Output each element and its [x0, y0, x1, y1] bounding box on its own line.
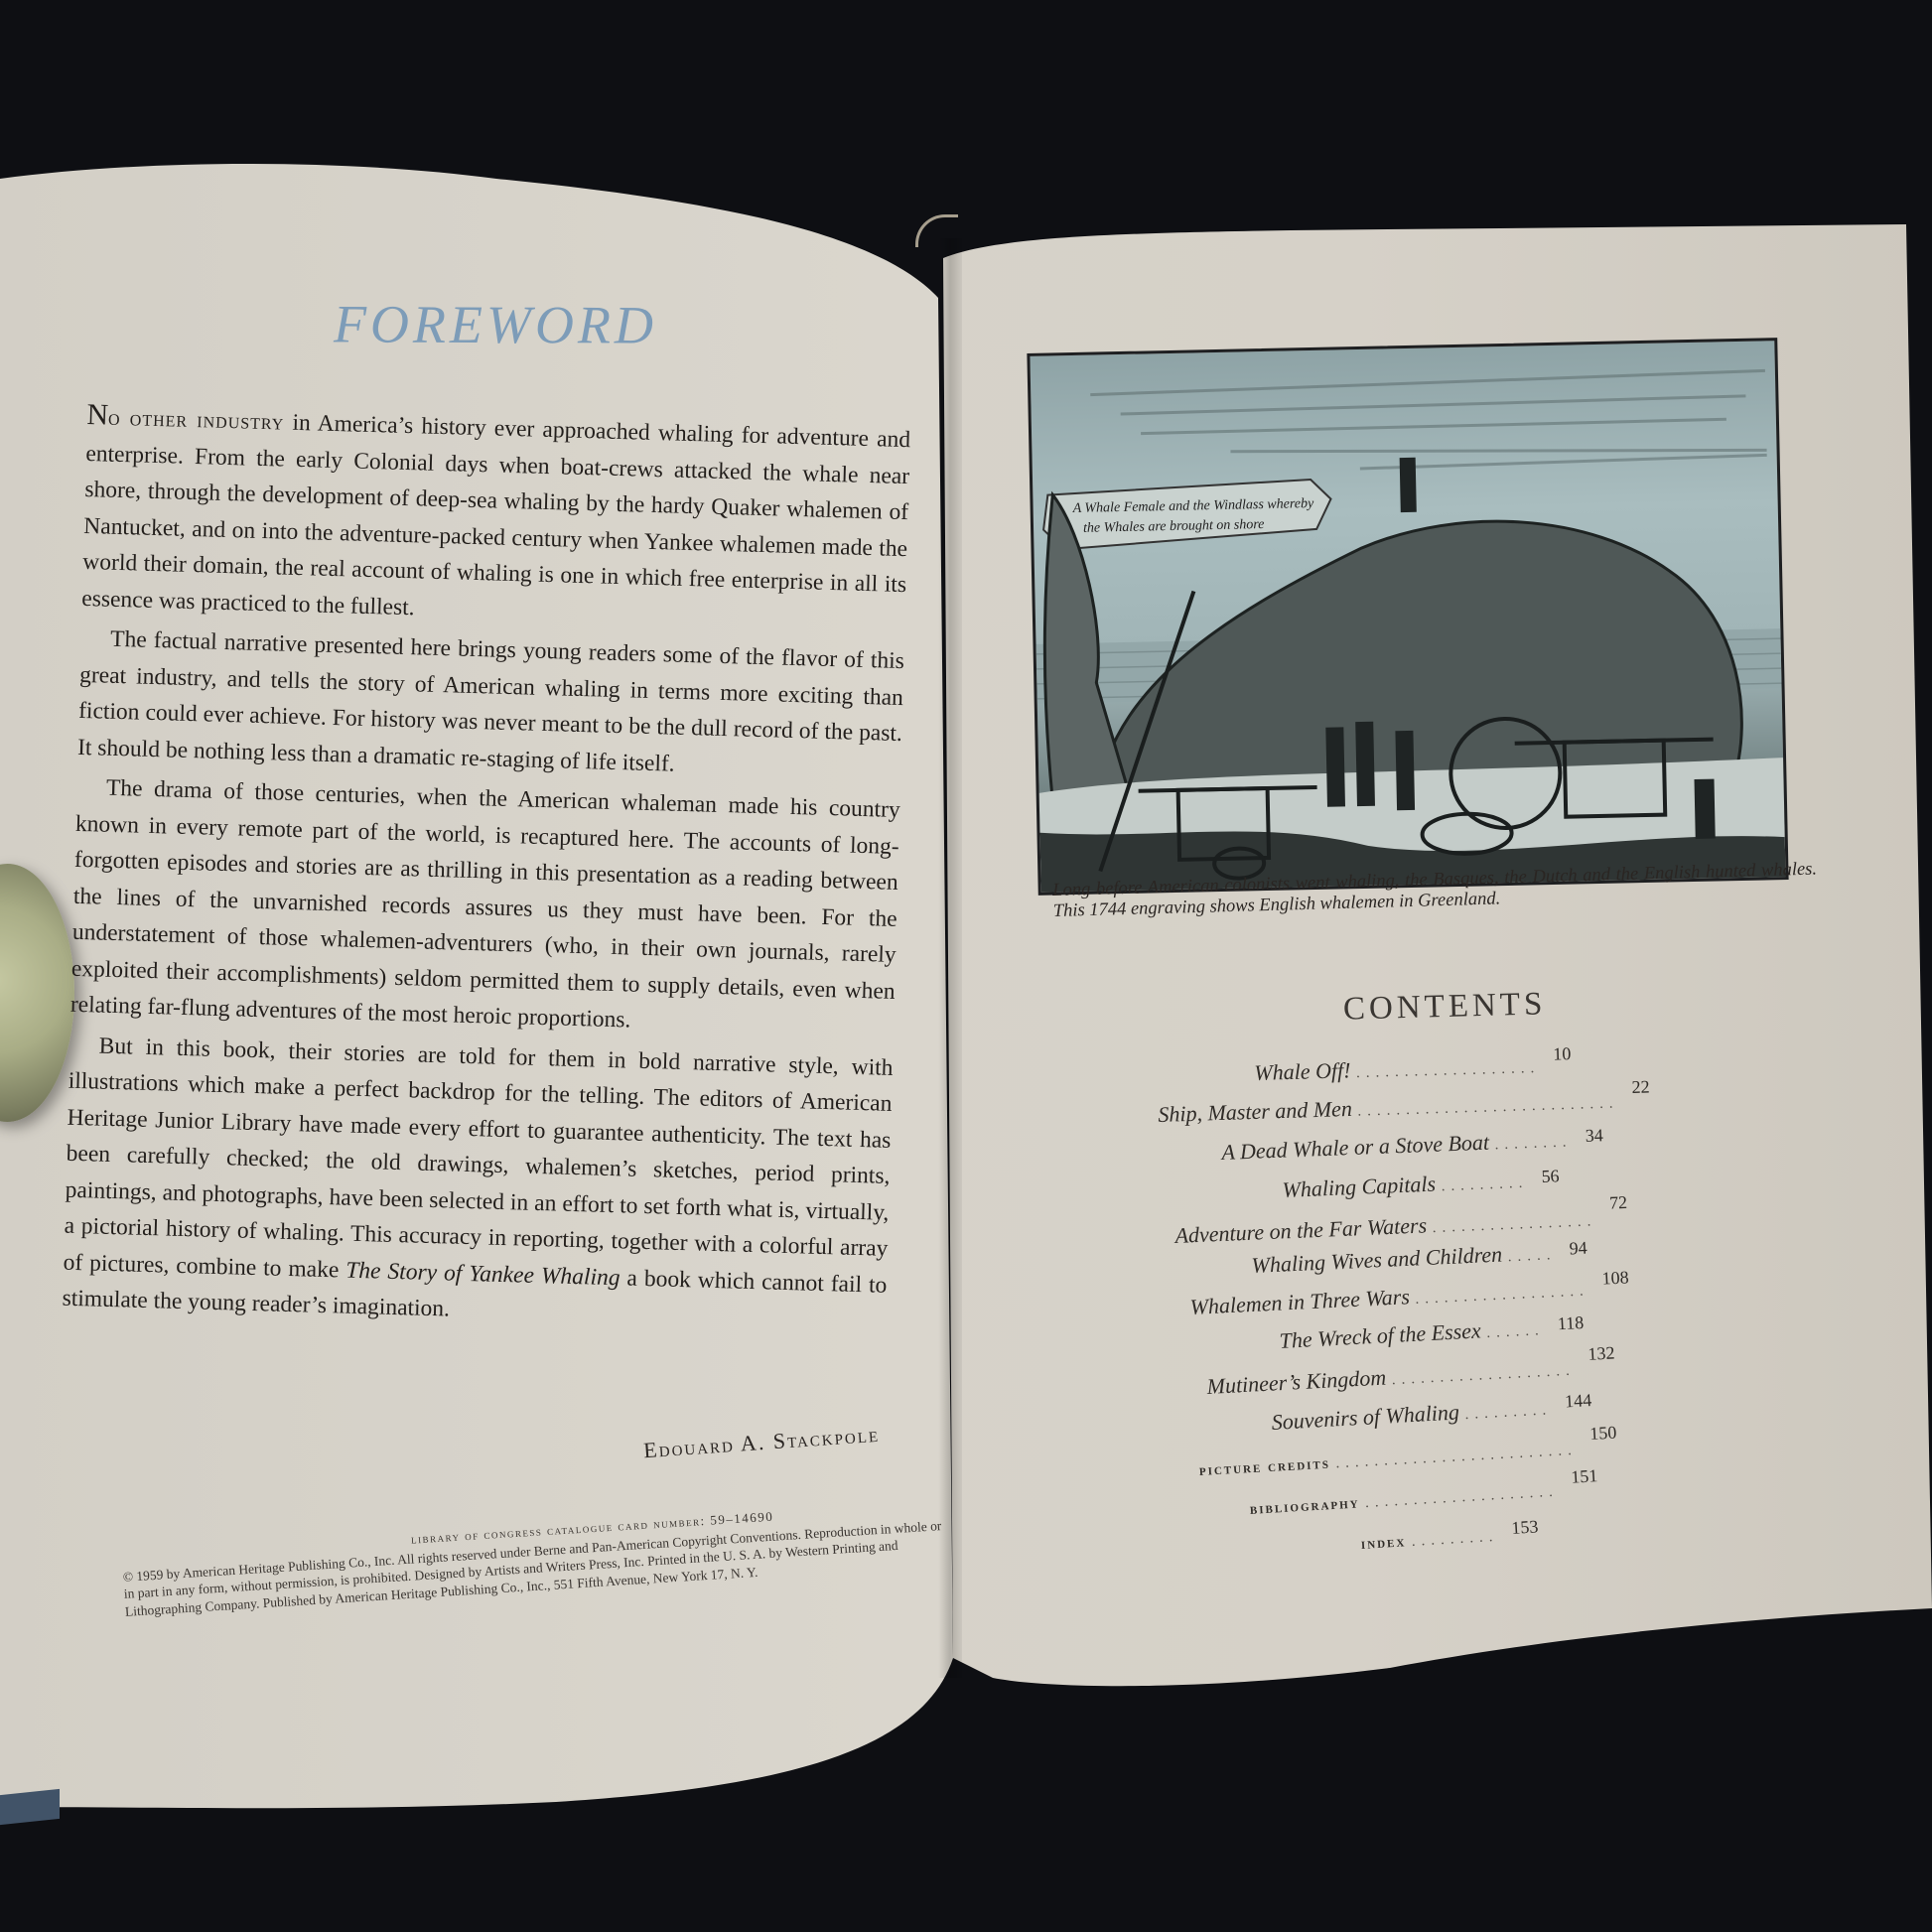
toc-leader: .....	[1507, 1247, 1556, 1265]
toc-title: Ship, Master and Men	[1158, 1096, 1352, 1127]
foreword-paragraph-3: The drama of those centuries, when the A…	[69, 769, 900, 1046]
paragraph-text: But in this book, their stories are told…	[63, 1033, 894, 1283]
toc-title: Whaling Capitals	[1282, 1172, 1437, 1202]
foreword-paragraph-1: No other industry in America’s history e…	[81, 397, 911, 639]
bookmark-ribbon	[915, 214, 958, 247]
toc-leader: .........	[1464, 1402, 1553, 1423]
toc-page: 151	[1571, 1465, 1598, 1487]
foreword-title: FOREWORD	[334, 293, 657, 355]
engraving-illustration: A Whale Female and the Windlass whereby …	[1030, 341, 1785, 893]
toc-page: 22	[1631, 1076, 1650, 1097]
toc-page: 34	[1585, 1125, 1603, 1146]
toc-page: 150	[1589, 1422, 1617, 1443]
toc-page: 108	[1601, 1267, 1629, 1288]
toc-page: 118	[1557, 1312, 1584, 1333]
foreword-paragraph-2: The factual narrative presented here bri…	[77, 621, 905, 788]
whaling-engraving-image: A Whale Female and the Windlass whereby …	[1027, 338, 1788, 896]
book-cover-edge	[0, 1789, 60, 1825]
toc-leader: .........	[1441, 1175, 1528, 1195]
toc-page: 132	[1587, 1342, 1615, 1363]
paragraph-text: in America’s history ever approached wha…	[81, 410, 910, 621]
toc-page: 94	[1569, 1238, 1587, 1259]
toc-page: 56	[1541, 1166, 1560, 1186]
toc-leader: .........	[1411, 1529, 1499, 1550]
toc-page: 72	[1609, 1192, 1628, 1213]
toc-title: index	[1360, 1534, 1406, 1553]
book-gutter	[938, 238, 962, 1678]
toc-title: Whale Off!	[1254, 1057, 1351, 1085]
toc-leader: ........	[1494, 1134, 1573, 1153]
contents-title: CONTENTS	[1343, 986, 1547, 1028]
foreword-paragraph-4: But in this book, their stories are told…	[62, 1027, 894, 1339]
toc-leader: ......	[1486, 1322, 1545, 1341]
toc-page: 144	[1565, 1390, 1592, 1411]
dropcap: N	[86, 398, 109, 432]
book-title-italic: The Story of Yankee Whaling	[345, 1257, 621, 1291]
foreword-body: No other industry in America’s history e…	[62, 397, 911, 1343]
toc-page: 153	[1511, 1516, 1539, 1538]
open-book: FOREWORD No other industry in America’s …	[0, 0, 1932, 1932]
opening-smallcaps: o other industry	[108, 405, 285, 436]
toc-page: 10	[1553, 1043, 1572, 1063]
toc-leader: ...................	[1356, 1060, 1541, 1081]
